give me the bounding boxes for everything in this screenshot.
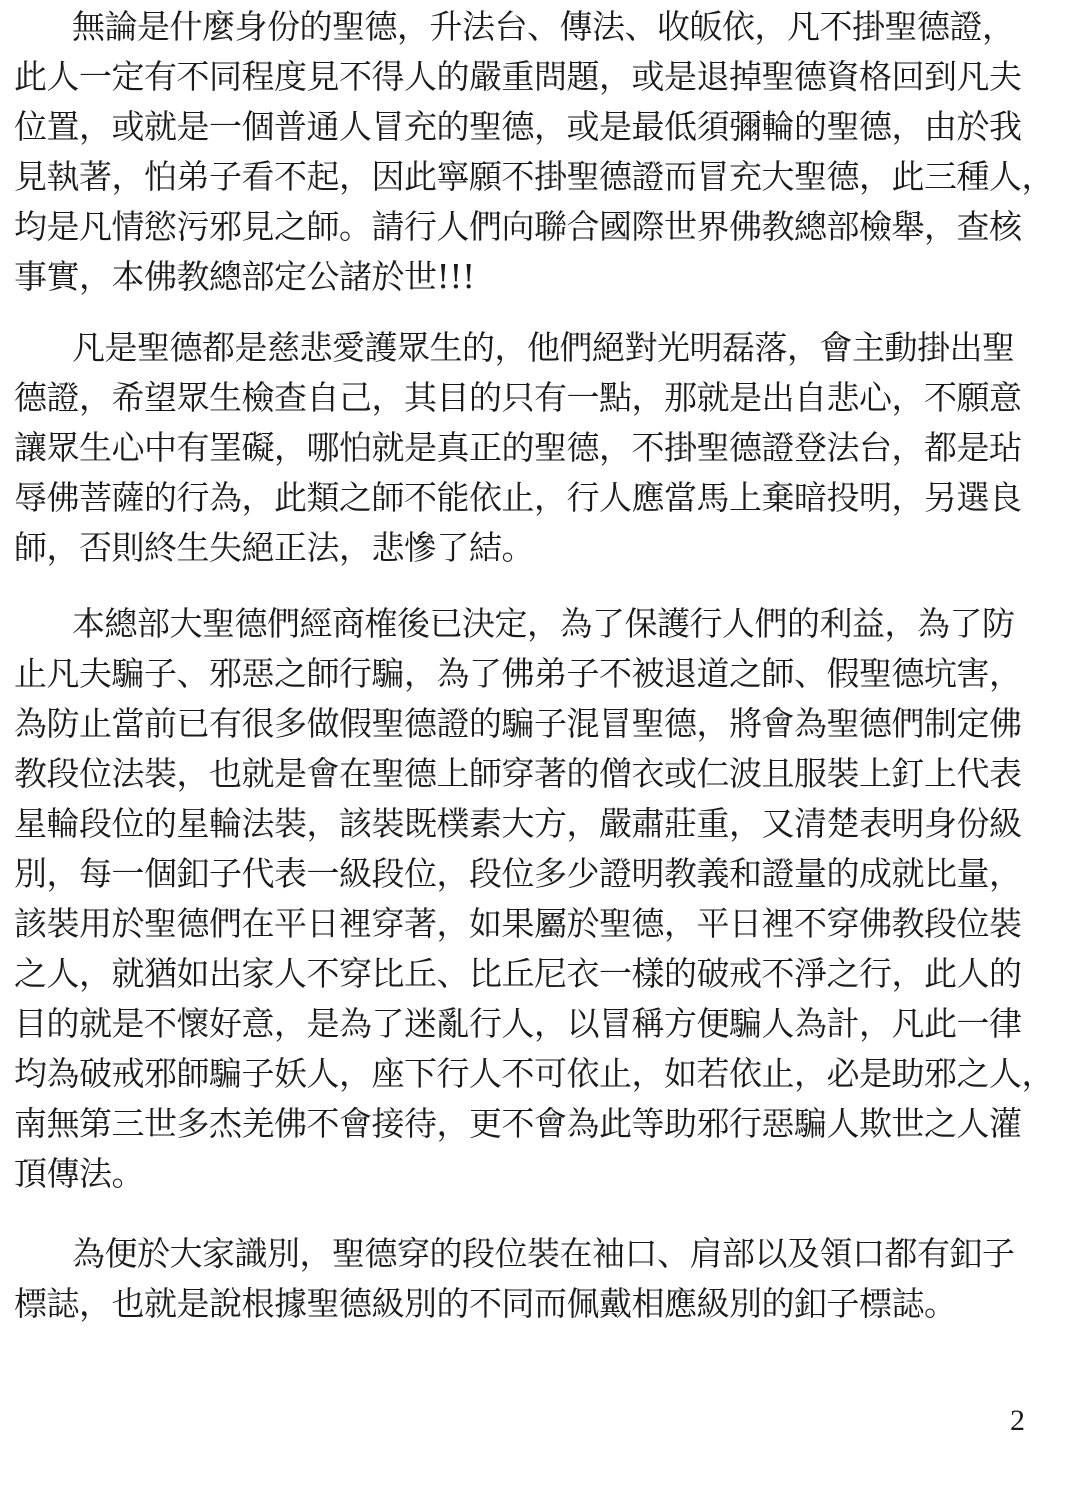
text-line: 均為破戒邪師騙子妖人，座下行人不可依止，如若依止，必是助邪之人， <box>14 1049 1070 1099</box>
text-line: 南無第三世多杰羌佛不會接待，更不會為此等助邪行惡騙人欺世之人灌 <box>14 1099 1070 1149</box>
text-line: 事實，本佛教總部定公諸於世!!! <box>14 252 1070 302</box>
text-line: 凡是聖德都是慈悲愛護眾生的，他們絕對光明磊落，會主動掛出聖 <box>14 323 1070 373</box>
text-line: 辱佛菩薩的行為，此類之師不能依止，行人應當馬上棄暗投明，另選良 <box>14 473 1070 523</box>
text-line: 別，每一個釦子代表一級段位，段位多少證明教義和證量的成就比量， <box>14 849 1070 899</box>
text-line: 頂傳法。 <box>14 1149 1070 1199</box>
text-line: 星輪段位的星輪法裝，該裝既樸素大方，嚴肅莊重，又清楚表明身份級 <box>14 799 1070 849</box>
text-line: 位置，或就是一個普通人冒充的聖德，或是最低須彌輪的聖德，由於我 <box>14 102 1070 152</box>
paragraph-1: 無論是什麼身份的聖德，升法台、傳法、收皈依，凡不掛聖德證， 此人一定有不同程度見… <box>14 2 1070 302</box>
text-line: 該裝用於聖德們在平日裡穿著，如果屬於聖德，平日裡不穿佛教段位裝 <box>14 899 1070 949</box>
text-line: 標誌，也就是說根據聖德級別的不同而佩戴相應級別的釦子標誌。 <box>14 1279 1070 1329</box>
text-line: 均是凡情慾污邪見之師。請行人們向聯合國際世界佛教總部檢舉，查核 <box>14 202 1070 252</box>
document-page: 無論是什麼身份的聖德，升法台、傳法、收皈依，凡不掛聖德證， 此人一定有不同程度見… <box>0 0 1080 1493</box>
paragraph-4: 為便於大家識別，聖德穿的段位裝在袖口、肩部以及領口都有釦子 標誌，也就是說根據聖… <box>14 1229 1070 1329</box>
page-number: 2 <box>1010 1404 1025 1438</box>
text-line: 為防止當前已有很多做假聖德證的騙子混冒聖德，將會為聖德們制定佛 <box>14 699 1070 749</box>
text-line: 為便於大家識別，聖德穿的段位裝在袖口、肩部以及領口都有釦子 <box>14 1229 1070 1279</box>
text-line: 教段位法裝，也就是會在聖德上師穿著的僧衣或仁波且服裝上釘上代表 <box>14 749 1070 799</box>
paragraph-2: 凡是聖德都是慈悲愛護眾生的，他們絕對光明磊落，會主動掛出聖 德證，希望眾生檢查自… <box>14 323 1070 573</box>
text-line: 此人一定有不同程度見不得人的嚴重問題，或是退掉聖德資格回到凡夫 <box>14 52 1070 102</box>
text-line: 師，否則終生失絕正法，悲慘了結。 <box>14 523 1070 573</box>
text-line: 德證，希望眾生檢查自己，其目的只有一點，那就是出自悲心，不願意 <box>14 373 1070 423</box>
text-line: 本總部大聖德們經商榷後已決定，為了保護行人們的利益，為了防 <box>14 599 1070 649</box>
text-line: 止凡夫騙子、邪惡之師行騙，為了佛弟子不被退道之師、假聖德坑害， <box>14 649 1070 699</box>
text-line: 目的就是不懷好意，是為了迷亂行人，以冒稱方便騙人為計，凡此一律 <box>14 999 1070 1049</box>
text-line: 見執著，怕弟子看不起，因此寧願不掛聖德證而冒充大聖德，此三種人， <box>14 152 1070 202</box>
paragraph-3: 本總部大聖德們經商榷後已決定，為了保護行人們的利益，為了防 止凡夫騙子、邪惡之師… <box>14 599 1070 1199</box>
text-line: 讓眾生心中有罣礙，哪怕就是真正的聖德，不掛聖德證登法台，都是玷 <box>14 423 1070 473</box>
text-line: 之人，就猶如出家人不穿比丘、比丘尼衣一樣的破戒不淨之行，此人的 <box>14 949 1070 999</box>
text-line: 無論是什麼身份的聖德，升法台、傳法、收皈依，凡不掛聖德證， <box>14 2 1070 52</box>
